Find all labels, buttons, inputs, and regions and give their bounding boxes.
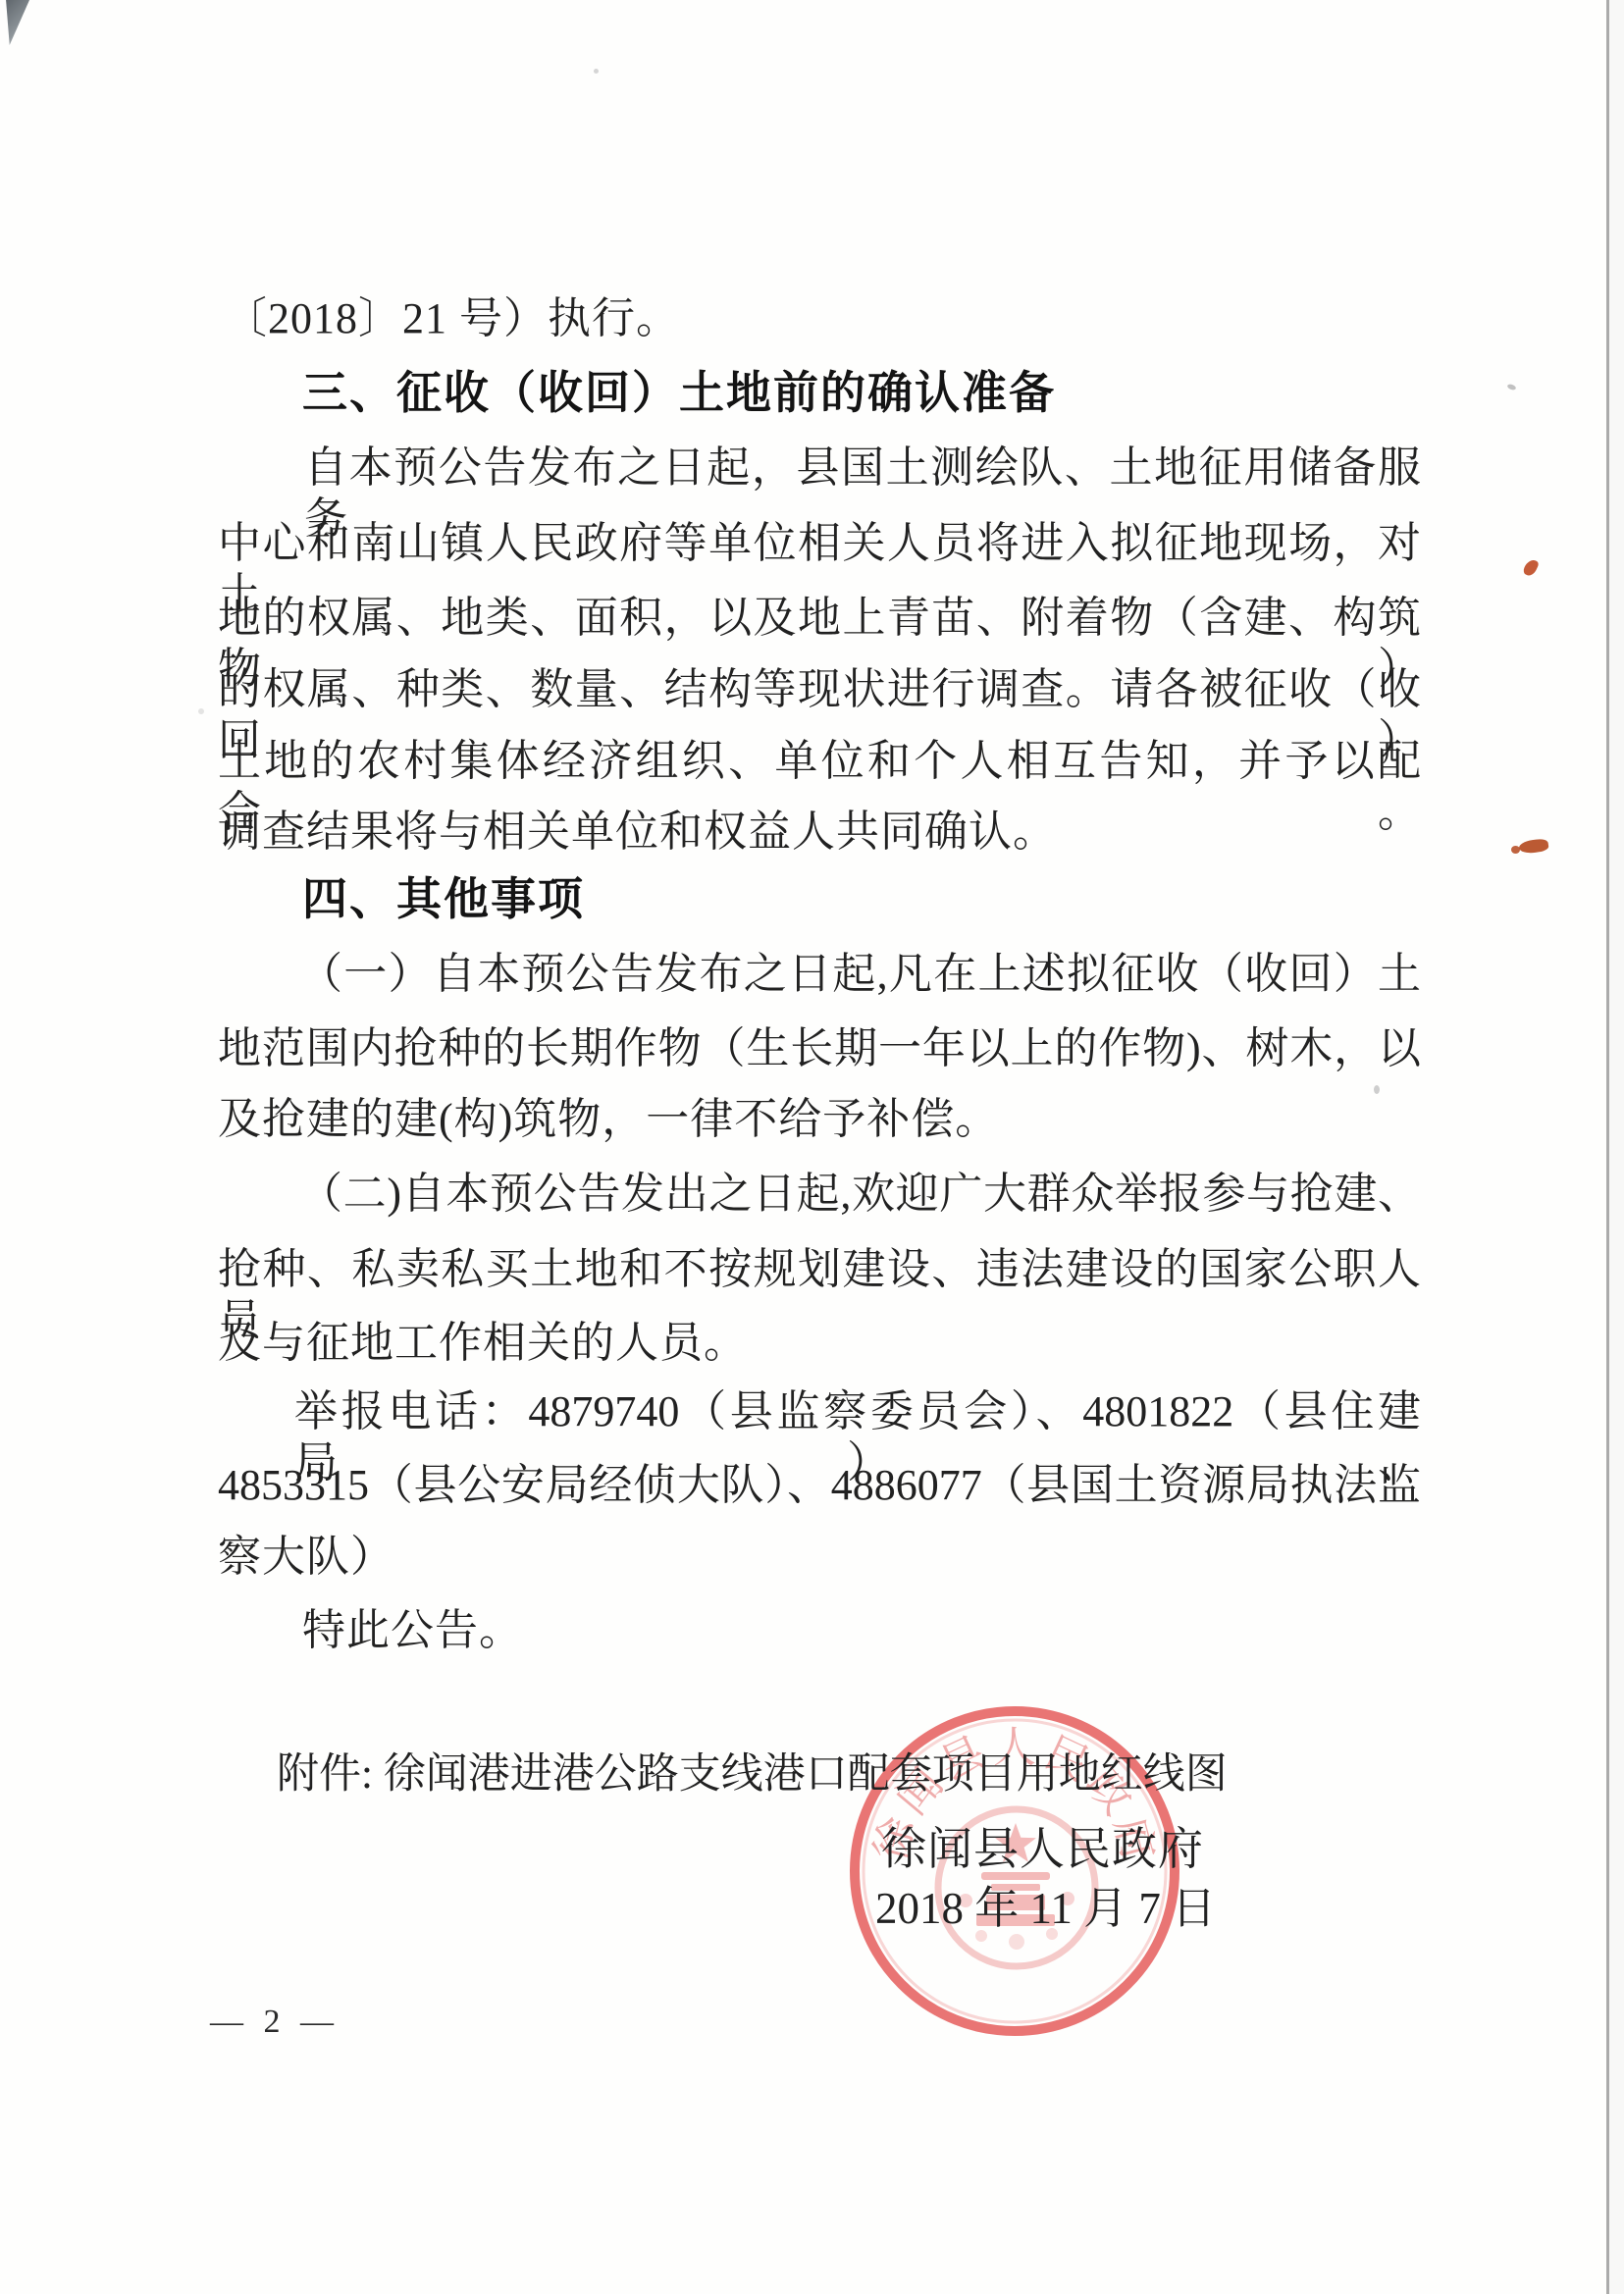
page-number: — 2 — <box>210 2004 340 2041</box>
paragraph-line: 调查结果将与相关单位和权益人共同确认。 <box>218 807 1057 858</box>
dust-speck <box>1374 1085 1380 1094</box>
paragraph-line: 及抢建的建(构)筑物，一律不给予补偿。 <box>218 1094 999 1145</box>
ink-speck <box>1511 846 1520 854</box>
section-3-heading: 三、征收（收回）土地前的确认准备 <box>302 366 1056 419</box>
closing-line: 特此公告。 <box>302 1605 523 1656</box>
issuer-name: 徐闻县人民政府 <box>881 1823 1204 1876</box>
paragraph-line: 及与征地工作相关的人员。 <box>218 1318 748 1369</box>
paragraph-line: （一）自本预公告发布之日起,凡在上述拟征收（收回）土 <box>299 949 1421 1000</box>
dust-speck <box>1506 384 1516 391</box>
ink-speck <box>1522 557 1540 577</box>
document-page: 徐 闻 县 人 民 政 府 〔2018〕21 号）执行。 三、征收（收回）土地前… <box>0 0 1624 2294</box>
attachment-line: 附件: 徐闻港进港公路支线港口配套项目用地红线图 <box>277 1750 1228 1800</box>
scanner-edge-strip <box>1609 0 1624 2294</box>
ink-speck <box>1518 838 1549 855</box>
page-corner-fold <box>4 0 29 45</box>
report-phone-line: 察大队） <box>218 1532 394 1583</box>
continuation-line: 〔2018〕21 号）执行。 <box>224 293 680 344</box>
paragraph-line: （二)自本预公告发出之日起,欢迎广大群众举报参与抢建、 <box>299 1169 1421 1220</box>
dust-speck <box>198 708 204 714</box>
section-4-heading: 四、其他事项 <box>302 872 585 925</box>
report-phone-line: 4853315（县公安局经侦大队）、4886077（县国土资源局执法监 <box>218 1460 1421 1511</box>
issue-date: 2018 年 11 月 7 日 <box>875 1883 1216 1935</box>
dust-speck <box>594 69 599 74</box>
paragraph-line: 地范围内抢种的长期作物（生长期一年以上的作物)、树木，以 <box>218 1023 1421 1074</box>
